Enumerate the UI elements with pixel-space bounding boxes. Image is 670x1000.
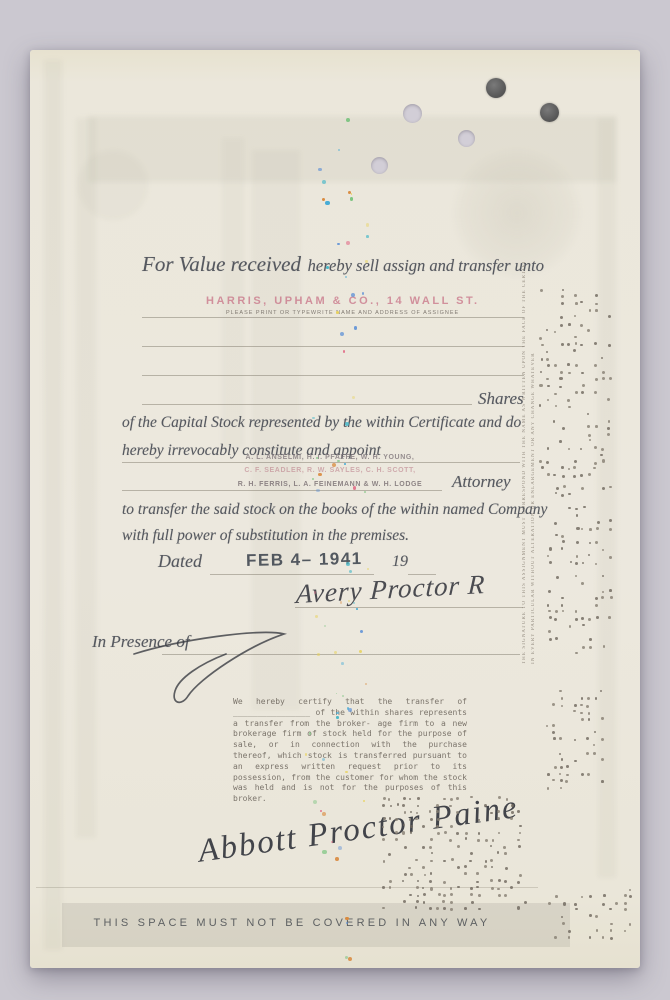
side-note-line-1: THE SIGNATURE TO THIS ASSIGNMENT MUST CO…: [522, 262, 527, 664]
capital-stock-line-1: of the Capital Stock represented by the …: [122, 414, 521, 432]
year-prefix: 19: [392, 553, 408, 571]
ruled-line: [122, 490, 442, 491]
punch-hole-dark-2: [540, 103, 559, 122]
punch-hole-dark-1: [486, 78, 506, 98]
shares-label: Shares: [478, 389, 524, 409]
transfer-line-2: with full power of substitution in the p…: [122, 527, 409, 545]
punch-hole-light-2: [458, 130, 475, 147]
footer-notice: THIS SPACE MUST NOT BE COVERED IN ANY WA…: [62, 917, 522, 929]
punch-hole-light-3: [371, 157, 388, 174]
transfer-line-1: to transfer the said stock on the books …: [122, 501, 547, 519]
date-stamp: FEB 4– 1941: [246, 549, 363, 571]
attorney-label: Attorney: [452, 472, 511, 492]
ruled-line: [142, 404, 472, 405]
attorney-names-line-1: A. L. ANSELMI, H. I. PFAFFE, W. H. YOUNG…: [200, 451, 460, 464]
transfer-clause-text: hereby sell assign and transfer unto: [308, 256, 544, 276]
value-received-text: For Value received: [142, 252, 301, 277]
punch-hole-light-1: [403, 104, 422, 123]
ruled-line: [142, 346, 524, 347]
bottom-hairline: [36, 887, 538, 888]
broker-certification-stamp: We hereby certify that the transfer of _…: [233, 697, 467, 805]
ruled-line: [142, 375, 524, 376]
signature-line: [295, 607, 523, 608]
photo-backdrop: For Value received hereby sell assign an…: [0, 0, 670, 1000]
dated-label: Dated: [158, 551, 202, 572]
ruled-line: [210, 574, 374, 575]
assignee-stamp-note: PLEASE PRINT OR TYPEWRITE NAME AND ADDRE…: [226, 310, 459, 316]
value-received-line: For Value received hereby sell assign an…: [142, 252, 544, 277]
attorney-names-stamp: A. L. ANSELMI, H. I. PFAFFE, W. H. YOUNG…: [200, 451, 460, 491]
side-note-line-2: IN EVERY PARTICULAR WITHOUT ALTERATION O…: [531, 262, 536, 664]
ruled-line: [142, 317, 524, 318]
assignee-rubber-stamp: HARRIS, UPHAM & CO., 14 WALL ST.: [206, 295, 480, 307]
attorney-names-line-2: C. F. SEADLER, R. W. SAYLES, C. H. SCOTT…: [200, 464, 460, 477]
